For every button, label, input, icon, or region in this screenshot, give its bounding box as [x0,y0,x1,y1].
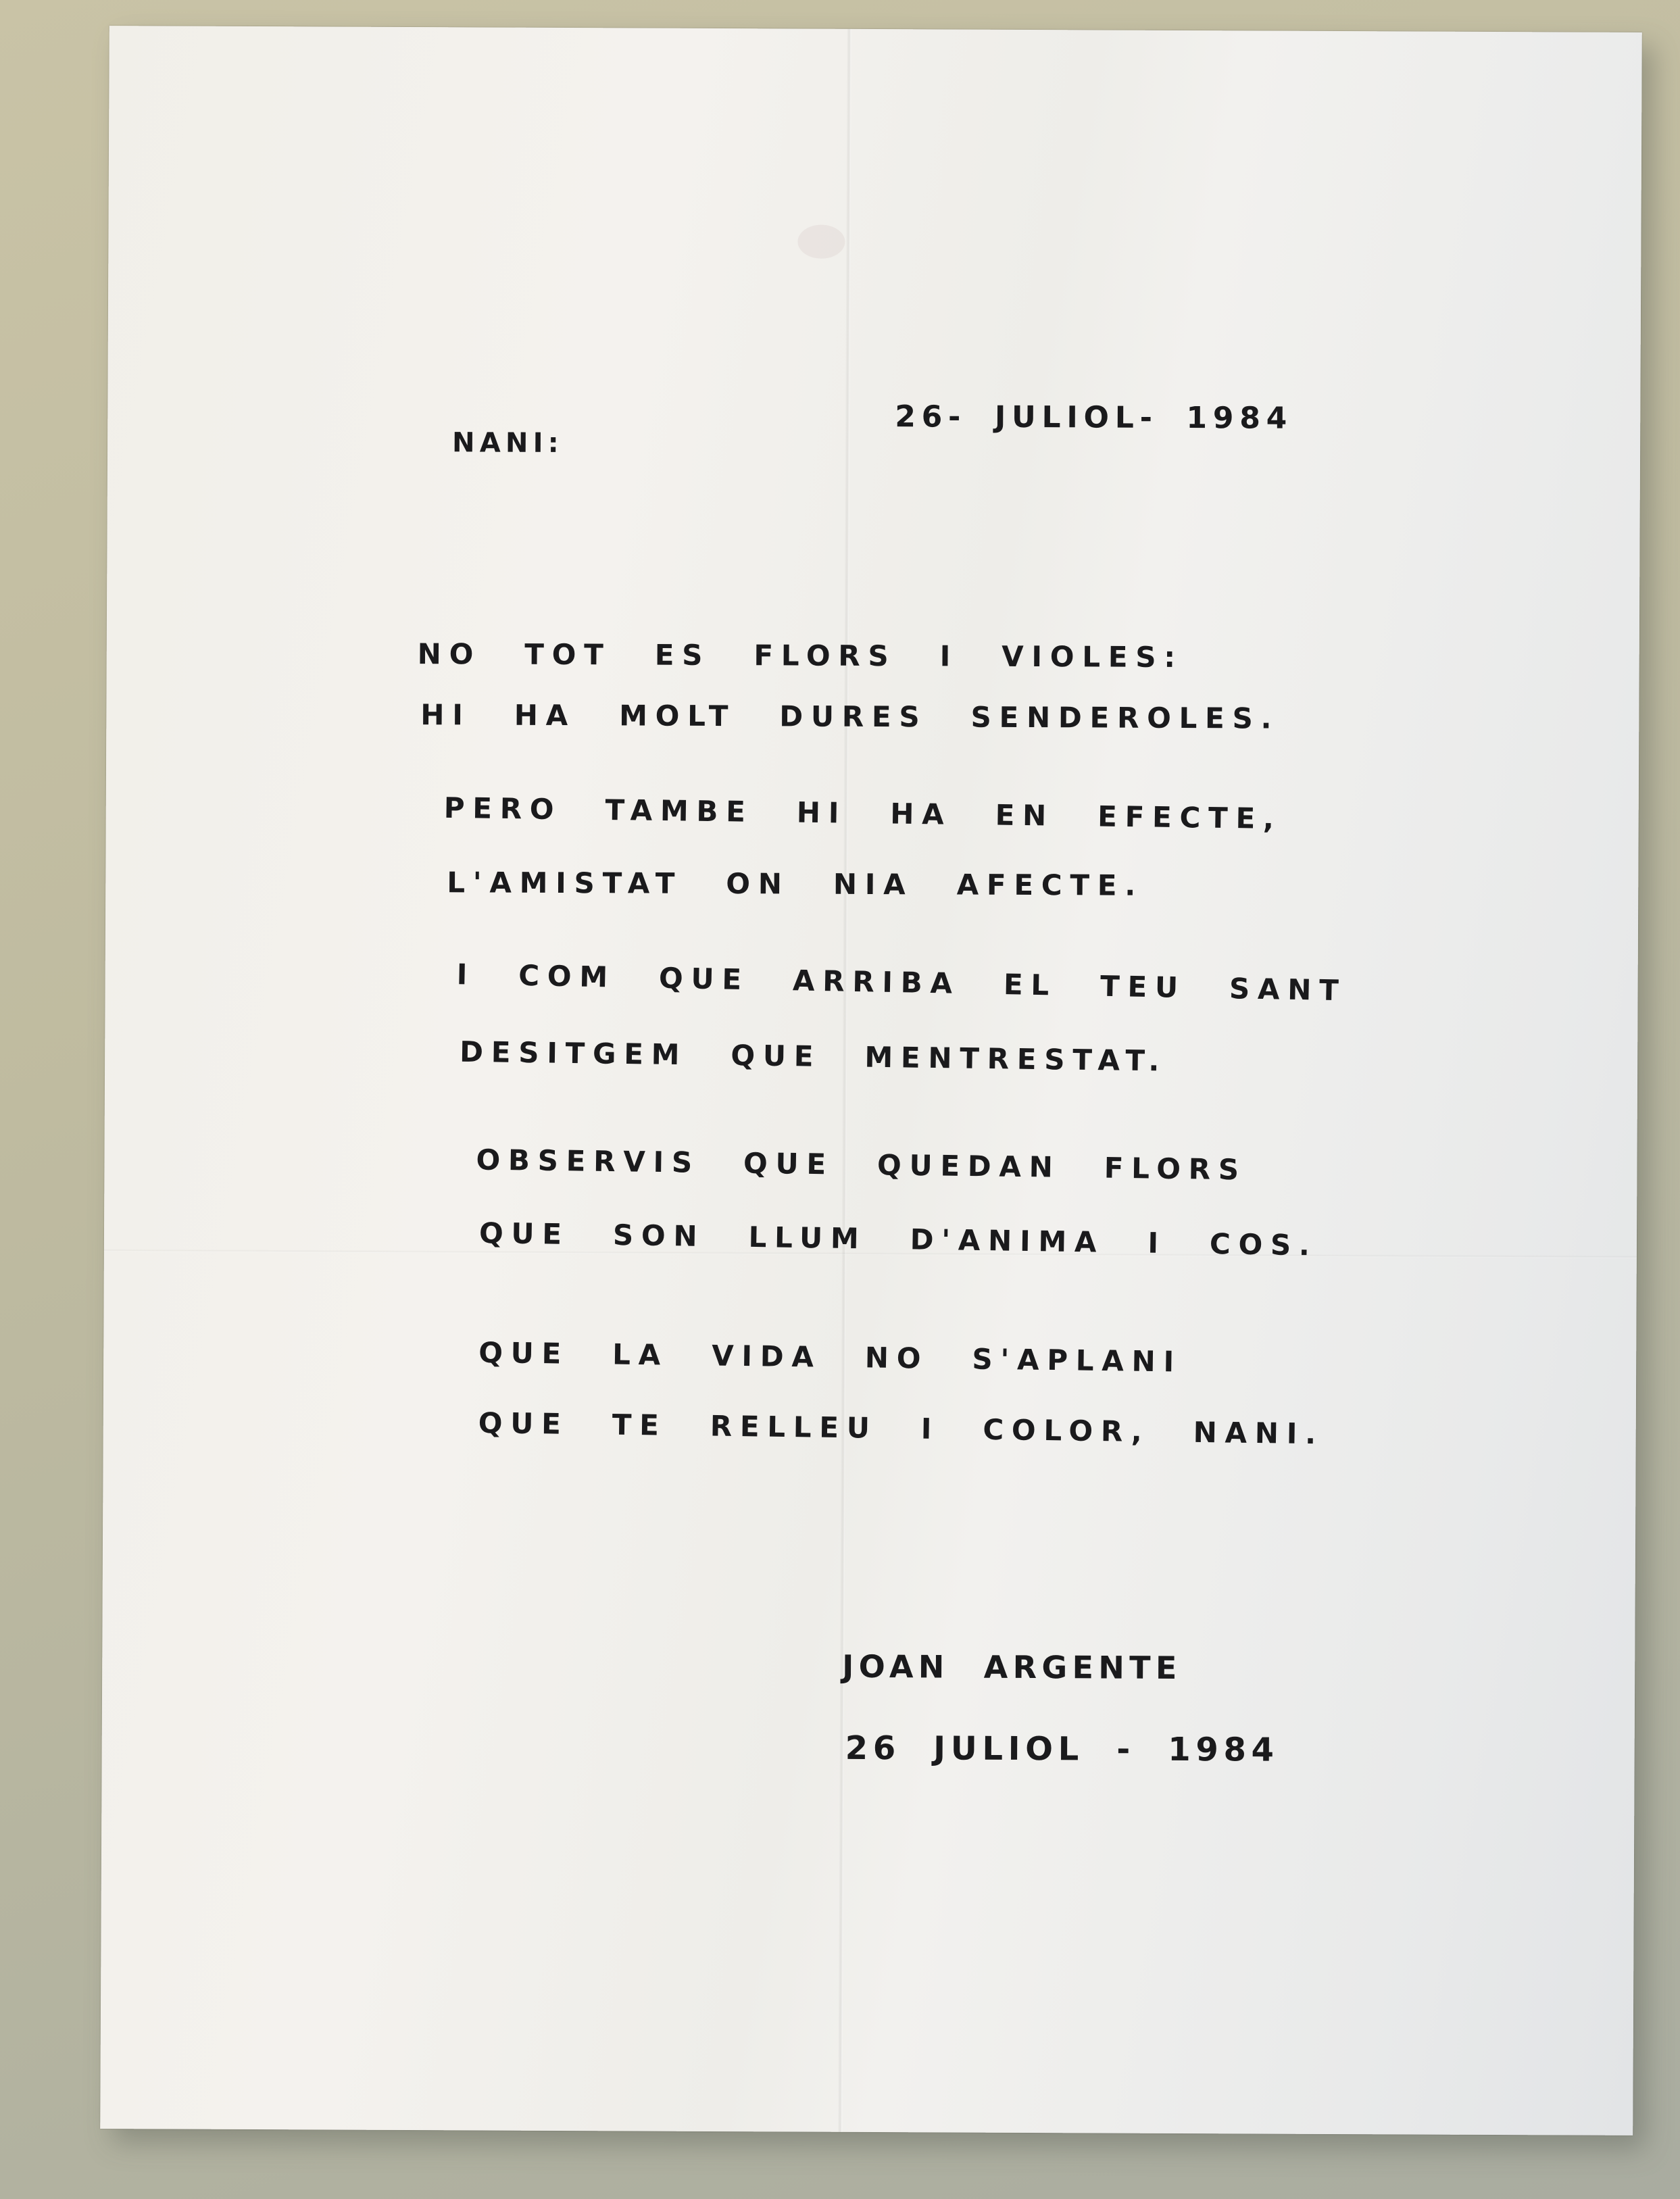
poem-line: PERO TAMBE HI HA EN EFECTE, [444,794,1282,833]
date-footer: 26 JULIOL - 1984 [845,1732,1279,1766]
date-header: 26- JULIOL- 1984 [895,402,1293,434]
vertical-fold-crease [838,29,851,2132]
poem-line: OBSERVIS QUE QUEDAN FLORS [476,1145,1247,1184]
salutation: NANI: [452,429,564,457]
poem-line: I COM QUE ARRIBA EL TEU SANT [456,960,1347,1005]
letter-paper: NANI: 26- JULIOL- 1984 NO TOT ES FLORS I… [100,26,1642,2135]
signature: JOAN ARGENTE [842,1651,1182,1683]
poem-line: L'AMISTAT ON NIA AFECTE. [447,868,1143,899]
poem-line: HI HA MOLT DURES SENDEROLES. [420,701,1279,733]
poem: NO TOT ES FLORS I VIOLES: HI HA MOLT DUR… [109,26,1642,32]
poem-line: QUE SON LLUM D'ANIMA I COS. [479,1219,1318,1260]
poem-line: QUE LA VIDA NO S'APLANI [478,1339,1182,1377]
paper-stain [797,225,845,259]
poem-line: DESITGEM QUE MENTRESTAT. [460,1038,1168,1076]
poem-line: QUE TE RELLEU I COLOR, NANI. [478,1409,1325,1448]
poem-line: NO TOT ES FLORS I VIOLES: [418,640,1183,672]
